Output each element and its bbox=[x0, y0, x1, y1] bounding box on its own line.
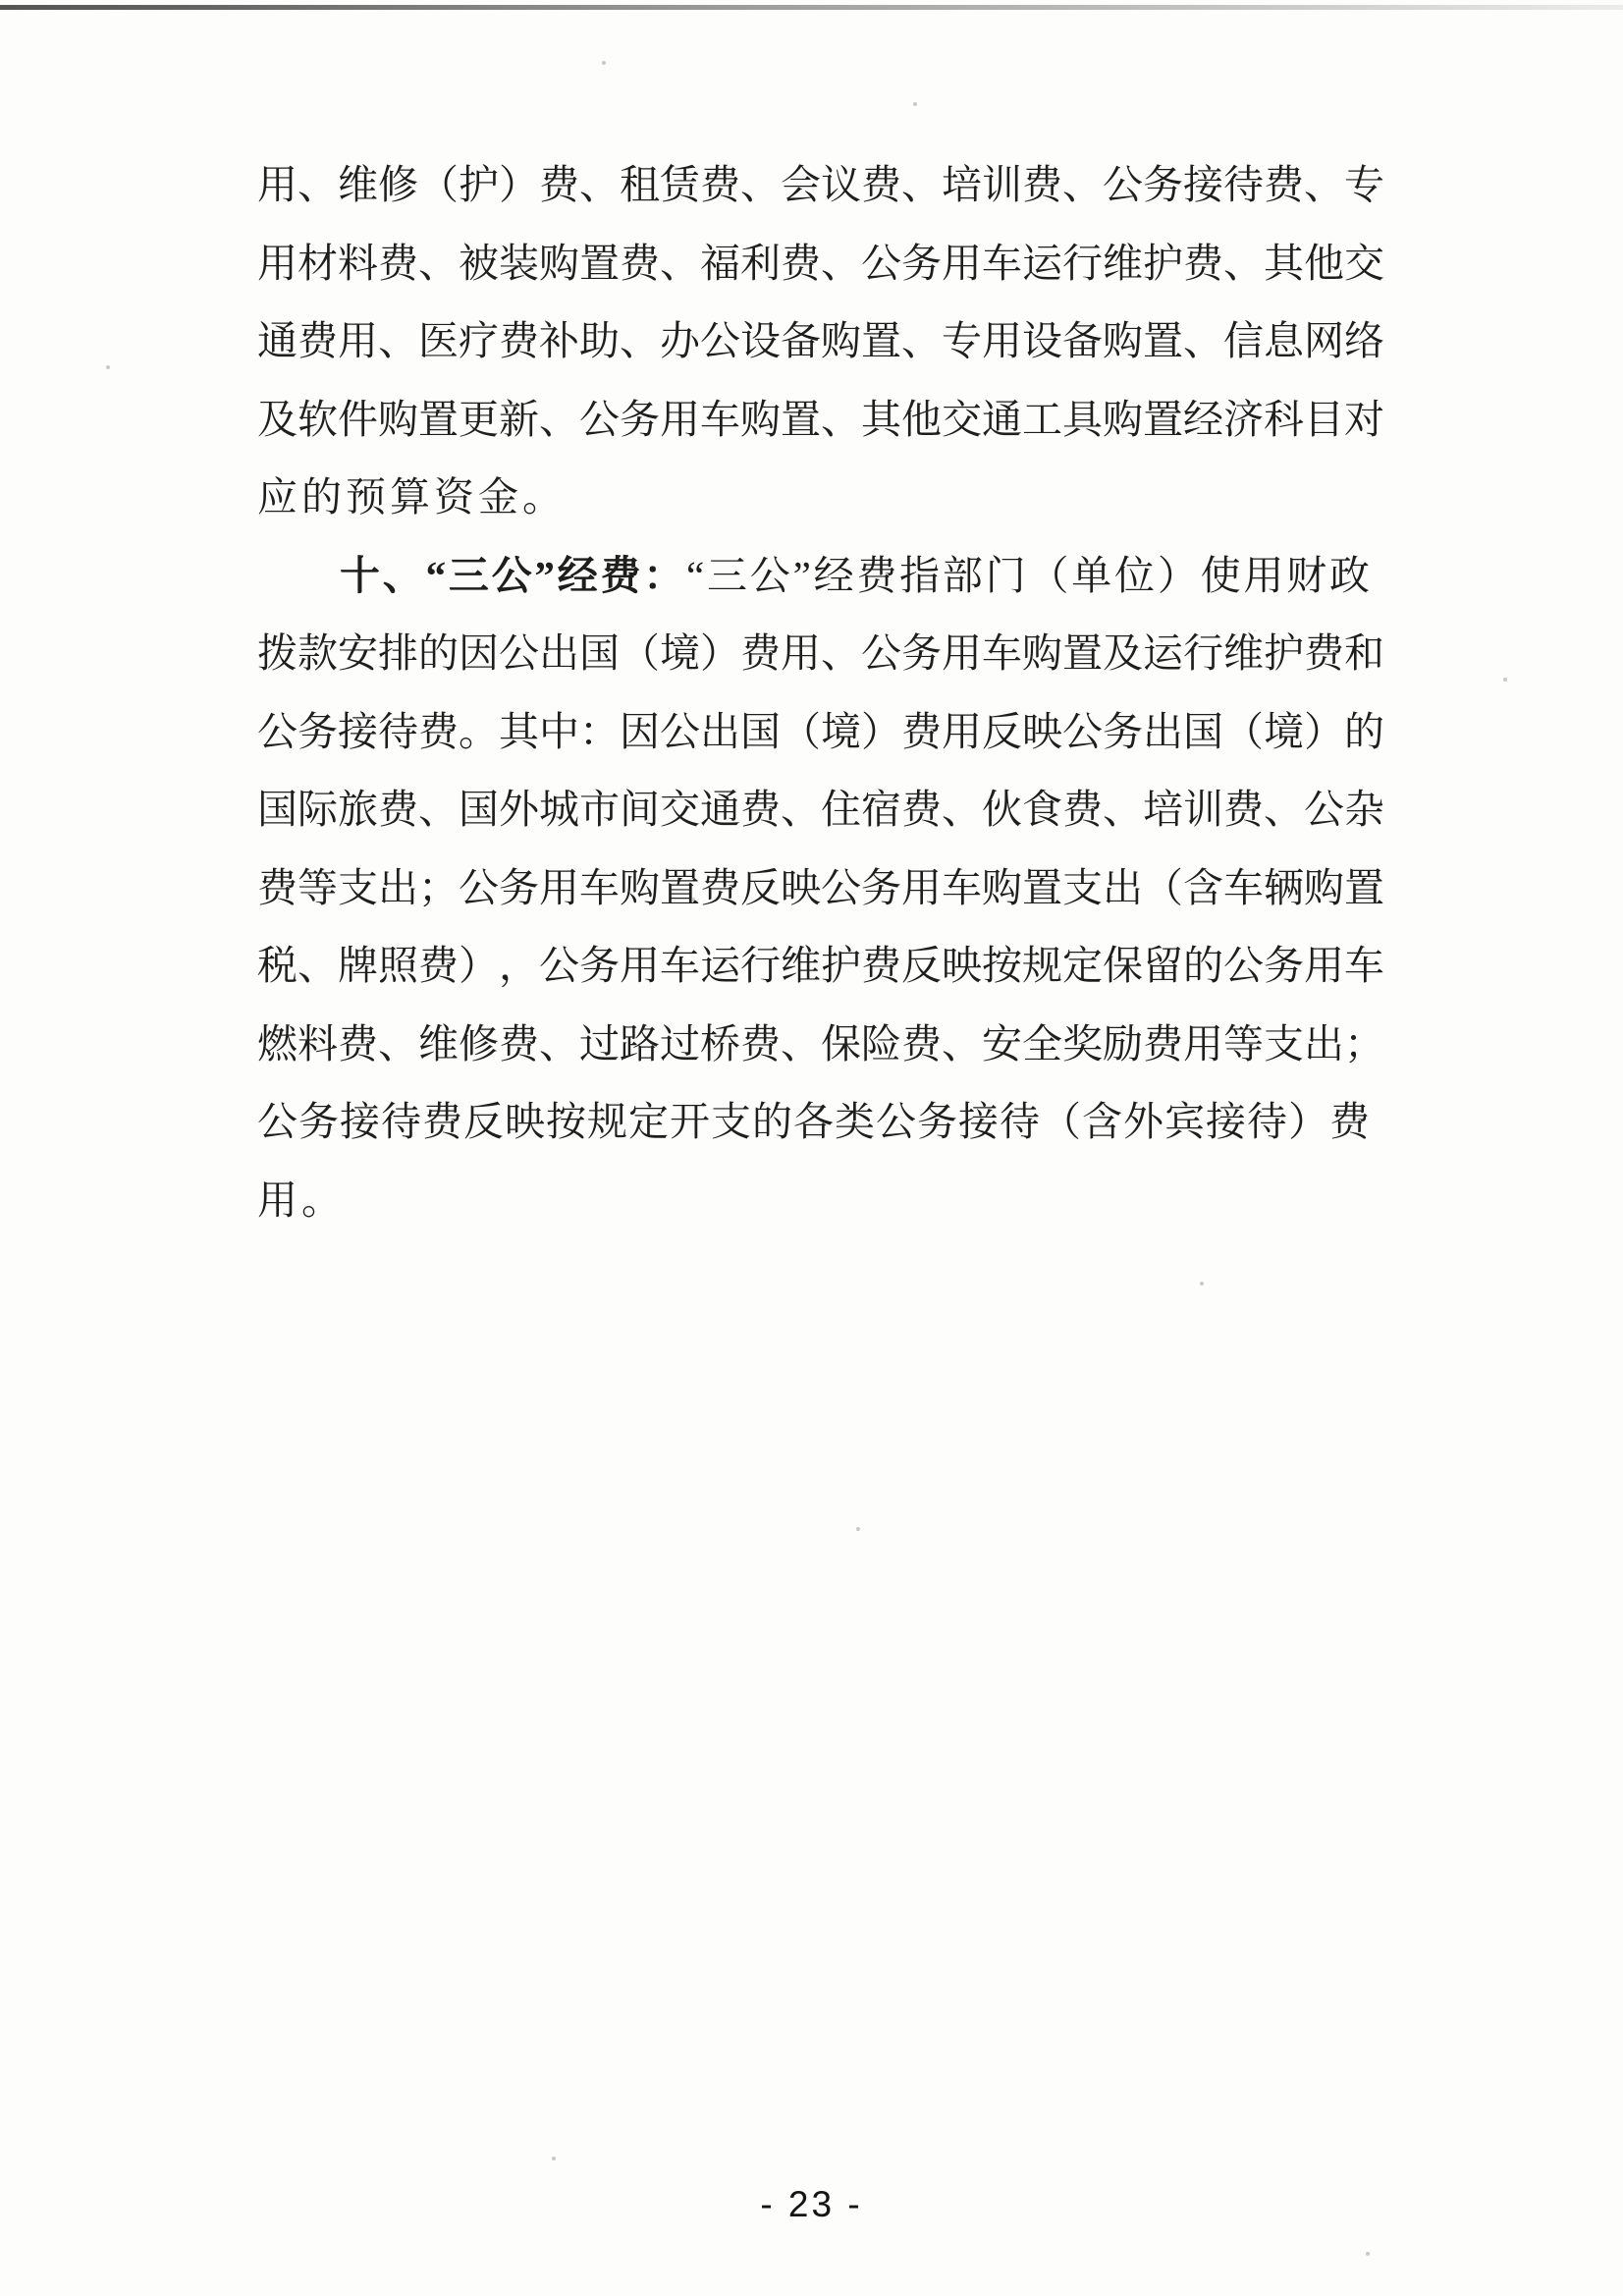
text-run: 、 bbox=[418, 771, 459, 849]
text-line: 通费用、医疗费补助、办公设备购置、专用设备购置、信息网络 bbox=[257, 302, 1370, 381]
text-run: 其 bbox=[1264, 225, 1304, 303]
text-run: 规 bbox=[587, 1083, 627, 1162]
text-run: 、 bbox=[942, 1006, 982, 1084]
text-run: 维 bbox=[338, 146, 378, 225]
text-run: 修 bbox=[459, 1006, 499, 1084]
text-run: 用 bbox=[1243, 537, 1283, 616]
text-run: 出 bbox=[378, 849, 418, 928]
text-run: 设 bbox=[740, 302, 781, 381]
text-run: 支 bbox=[338, 849, 378, 928]
text-run: 境 bbox=[1264, 693, 1304, 772]
text-run: 拨 bbox=[257, 615, 298, 693]
heading-run: “ bbox=[426, 537, 447, 616]
text-run: 购 bbox=[1304, 849, 1344, 928]
text-line: 及软件购置更新、公务用车购置、其他交通工具购置经济科目对 bbox=[257, 381, 1370, 460]
text-run: 公 bbox=[1062, 693, 1103, 772]
heading-run: 十 bbox=[340, 537, 380, 616]
text-run: 公 bbox=[1223, 927, 1264, 1006]
text-run: ） bbox=[1158, 537, 1198, 616]
text-run: 费 bbox=[539, 146, 579, 225]
text-run: 设 bbox=[1022, 302, 1062, 381]
text-run: 、 bbox=[740, 146, 781, 225]
text-run: 租 bbox=[620, 146, 660, 225]
text-run: 车 bbox=[942, 849, 982, 928]
text-run: 运 bbox=[1022, 225, 1062, 303]
text-run: 用 bbox=[942, 693, 982, 772]
text-run: 过 bbox=[579, 1006, 620, 1084]
text-run: 留 bbox=[1143, 927, 1183, 1006]
text-run: 用 bbox=[942, 225, 982, 303]
text-run: 置 bbox=[861, 302, 901, 381]
text-run: 购 bbox=[1103, 302, 1143, 381]
text-run: 医 bbox=[418, 302, 459, 381]
text-run: 福 bbox=[700, 225, 740, 303]
text-run: 用 bbox=[982, 302, 1022, 381]
text-run: 络 bbox=[1344, 302, 1384, 381]
text-run: 税 bbox=[257, 927, 298, 1006]
text-run: 、 bbox=[660, 225, 700, 303]
text-run: 位 bbox=[1114, 537, 1155, 616]
text-line: 税、牌照费），公务用车运行维护费反映按规定保留的公务用车 bbox=[257, 927, 1370, 1006]
text-run: 软 bbox=[298, 381, 338, 460]
text-run: 用 bbox=[942, 615, 982, 693]
text-run: 、 bbox=[1183, 302, 1223, 381]
text-run: 费 bbox=[740, 1006, 781, 1084]
text-run: 照 bbox=[378, 927, 418, 1006]
text-run: 映 bbox=[505, 1083, 545, 1162]
text-run: 公 bbox=[257, 1083, 298, 1162]
heading-run: ” bbox=[534, 537, 555, 616]
text-run: 车 bbox=[1223, 849, 1264, 928]
text-run: 务 bbox=[298, 1083, 339, 1162]
scan-speck bbox=[106, 365, 110, 369]
text-run: 、 bbox=[298, 927, 338, 1006]
text-run: 费 bbox=[861, 927, 901, 1006]
text-run: 具 bbox=[1062, 381, 1103, 460]
text-run: 被 bbox=[459, 225, 499, 303]
text-run: 置 bbox=[579, 225, 620, 303]
text-run: 赁 bbox=[660, 146, 700, 225]
text-run: 路 bbox=[620, 1006, 660, 1084]
text-run: 全 bbox=[1022, 1006, 1062, 1084]
text-run: 桥 bbox=[700, 1006, 740, 1084]
text-run: 公 bbox=[459, 849, 499, 928]
text-run: 材 bbox=[298, 225, 338, 303]
document-page: { "document": { "type": "scanned-text-pa… bbox=[0, 0, 1623, 2296]
text-run: 车 bbox=[1344, 927, 1384, 1006]
text-run: （ bbox=[1223, 693, 1264, 772]
text-run: 费 bbox=[740, 771, 781, 849]
text-run: 费 bbox=[620, 225, 660, 303]
text-run: 费 bbox=[856, 537, 896, 616]
text-run: 待 bbox=[1223, 146, 1264, 225]
text-run: 训 bbox=[982, 146, 1022, 225]
text-run: 行 bbox=[1183, 615, 1223, 693]
text-run: 各 bbox=[793, 1083, 834, 1162]
text-run: 购 bbox=[539, 225, 579, 303]
text-run: 费 bbox=[901, 1006, 942, 1084]
text-run: ） bbox=[1304, 693, 1344, 772]
text-run: （ bbox=[620, 615, 660, 693]
text-run: 、 bbox=[378, 302, 418, 381]
text-run: 、 bbox=[942, 771, 982, 849]
scan-edge-artifact bbox=[0, 5, 1623, 10]
text-run: ” bbox=[793, 537, 811, 616]
text-run: 支 bbox=[711, 1083, 751, 1162]
text-run: 训 bbox=[1183, 771, 1223, 849]
text-run: 费 bbox=[418, 693, 459, 772]
text-run: 开 bbox=[670, 1083, 710, 1162]
text-run: 其 bbox=[861, 381, 901, 460]
text-run: 定 bbox=[628, 1083, 669, 1162]
text-run: 、 bbox=[1304, 146, 1344, 225]
text-run: 息 bbox=[1264, 302, 1304, 381]
text-line: 公务接待费反映按规定开支的各类公务接待（含外宾接待）费 bbox=[257, 1083, 1370, 1162]
text-run: 规 bbox=[1022, 927, 1062, 1006]
text-run: 待 bbox=[378, 693, 418, 772]
text-run: 费 bbox=[1022, 146, 1062, 225]
text-run: 指 bbox=[899, 537, 940, 616]
text-run: 料 bbox=[338, 225, 378, 303]
heading-run: 公 bbox=[492, 537, 532, 616]
text-run: 接 bbox=[338, 693, 378, 772]
text-run: 他 bbox=[901, 381, 942, 460]
text-run: 按 bbox=[982, 927, 1022, 1006]
text-run: 公 bbox=[861, 615, 901, 693]
text-run: 宾 bbox=[1164, 1083, 1205, 1162]
scan-speck bbox=[1366, 2252, 1370, 2256]
text-run: 宿 bbox=[861, 771, 901, 849]
text-run: 出 bbox=[1143, 693, 1183, 772]
text-run: 专 bbox=[942, 302, 982, 381]
text-run: 待 bbox=[1000, 1083, 1040, 1162]
text-run: 公 bbox=[1103, 146, 1143, 225]
scan-speck bbox=[913, 102, 917, 106]
text-run: 行 bbox=[1062, 225, 1103, 303]
text-line: 国际旅费、国外城市间交通费、住宿费、伙食费、培训费、公杂 bbox=[257, 771, 1370, 849]
text-run: 含 bbox=[1082, 1083, 1122, 1162]
text-run: 经 bbox=[814, 537, 854, 616]
text-run: （ bbox=[418, 146, 459, 225]
text-run: 映 bbox=[781, 849, 821, 928]
text-run: 车 bbox=[579, 849, 620, 928]
text-run: 、 bbox=[1223, 225, 1264, 303]
text-run: 的 bbox=[418, 615, 459, 693]
text-run: 用 bbox=[338, 302, 378, 381]
text-run: 、 bbox=[901, 146, 942, 225]
text-line: 十、“三公”经费：“三公”经费指部门（单位）使用财政 bbox=[257, 537, 1370, 616]
text-run: 议 bbox=[821, 146, 861, 225]
scan-speck bbox=[856, 1527, 860, 1531]
text-run: 接 bbox=[1206, 1083, 1246, 1162]
text-run: 国 bbox=[459, 771, 499, 849]
text-run: 含 bbox=[1183, 849, 1223, 928]
text-run: 运 bbox=[1143, 615, 1183, 693]
text-run: 费 bbox=[1264, 146, 1304, 225]
text-run: 境 bbox=[821, 693, 861, 772]
text-run: 费 bbox=[1304, 615, 1344, 693]
text-run: 、 bbox=[781, 771, 821, 849]
text-run: “ bbox=[686, 537, 704, 616]
text-run: （ bbox=[781, 693, 821, 772]
text-run: 排 bbox=[378, 615, 418, 693]
text-run: 新 bbox=[499, 381, 539, 460]
text-run: 护 bbox=[459, 146, 499, 225]
text-run: 务 bbox=[1264, 927, 1304, 1006]
text-run: 经 bbox=[1183, 381, 1223, 460]
text-run: 行 bbox=[740, 927, 781, 1006]
text-run: 备 bbox=[1062, 302, 1103, 381]
text-run: 车 bbox=[982, 225, 1022, 303]
text-run: ） bbox=[700, 615, 740, 693]
text-run: 济 bbox=[1223, 381, 1264, 460]
text-run: 费 bbox=[378, 771, 418, 849]
text-run: 办 bbox=[660, 302, 700, 381]
text-run: 待 bbox=[1247, 1083, 1287, 1162]
text-run: ） bbox=[499, 146, 539, 225]
text-run: 因 bbox=[620, 693, 660, 772]
text-run: 的 bbox=[752, 1083, 792, 1162]
text-line: 用。 bbox=[257, 1162, 1370, 1240]
text-run: 信 bbox=[1223, 302, 1264, 381]
text-run: 购 bbox=[740, 381, 781, 460]
text-run: （ bbox=[1143, 849, 1183, 928]
text-run: 公 bbox=[861, 225, 901, 303]
text-run: 培 bbox=[1143, 771, 1183, 849]
text-run: 燃 bbox=[257, 1006, 298, 1084]
text-run: 更 bbox=[459, 381, 499, 460]
text-run: 因 bbox=[459, 615, 499, 693]
text-run: 置 bbox=[781, 381, 821, 460]
text-run: 国 bbox=[579, 615, 620, 693]
text-run: 国 bbox=[1183, 693, 1223, 772]
text-run: （ bbox=[1041, 1083, 1081, 1162]
text-run: 公 bbox=[539, 927, 579, 1006]
text-run: 对 bbox=[1344, 381, 1384, 460]
text-run: 接 bbox=[958, 1083, 999, 1162]
text-line: 燃料费、维修费、过路过桥费、保险费、安全奖励费用等支出； bbox=[257, 1006, 1370, 1084]
text-run: 国 bbox=[257, 771, 298, 849]
text-run: 旅 bbox=[338, 771, 378, 849]
text-run: 购 bbox=[378, 381, 418, 460]
page-number: - 23 - bbox=[0, 2184, 1623, 2225]
text-run: 会 bbox=[781, 146, 821, 225]
text-run: 补 bbox=[539, 302, 579, 381]
text-run: 款 bbox=[298, 615, 338, 693]
text-run: 、 bbox=[539, 1006, 579, 1084]
text-run: 三 bbox=[707, 537, 747, 616]
text-run: 和 bbox=[1344, 615, 1384, 693]
text-line: 应的预算资金。 bbox=[257, 459, 1370, 537]
text-run: 反 bbox=[901, 927, 942, 1006]
text-run: 出 bbox=[700, 693, 740, 772]
text-run: 用 bbox=[1304, 927, 1344, 1006]
text-run: 费 bbox=[740, 615, 781, 693]
text-run: 公 bbox=[750, 537, 790, 616]
text-run: 费 bbox=[700, 146, 740, 225]
text-run: 险 bbox=[861, 1006, 901, 1084]
heading-run: 、 bbox=[383, 537, 423, 616]
text-run: 置 bbox=[1062, 615, 1103, 693]
text-run: 车 bbox=[982, 615, 1022, 693]
text-run: 际 bbox=[298, 771, 338, 849]
text-run: 费 bbox=[499, 302, 539, 381]
text-run: 定 bbox=[1062, 927, 1103, 1006]
text-run: 中 bbox=[539, 693, 579, 772]
text-run: 用 bbox=[781, 615, 821, 693]
text-run: ， bbox=[499, 927, 539, 1006]
text-run: 交 bbox=[660, 771, 700, 849]
text-run: 务 bbox=[901, 615, 942, 693]
text-run: 务 bbox=[298, 693, 338, 772]
text-run: 护 bbox=[821, 927, 861, 1006]
text-run: 公 bbox=[700, 302, 740, 381]
text-run: 及 bbox=[257, 381, 298, 460]
text-run: 他 bbox=[1304, 225, 1344, 303]
text-run: 费 bbox=[1143, 1006, 1183, 1084]
text-run: 购 bbox=[1022, 615, 1062, 693]
text-run: 费 bbox=[418, 927, 459, 1006]
text-run: 助 bbox=[579, 302, 620, 381]
text-run: 待 bbox=[381, 1083, 421, 1162]
text-run: 过 bbox=[660, 1006, 700, 1084]
text-run: 公 bbox=[821, 849, 861, 928]
text-run: 用 bbox=[257, 146, 298, 225]
text-run: 车 bbox=[700, 381, 740, 460]
text-run: 购 bbox=[821, 302, 861, 381]
text-run: 应的预算资金。 bbox=[257, 474, 567, 519]
text-run: 、 bbox=[378, 1006, 418, 1084]
text-run: 购 bbox=[620, 849, 660, 928]
text-run: 费 bbox=[1223, 771, 1264, 849]
text-run: 间 bbox=[620, 771, 660, 849]
text-run: 国 bbox=[740, 693, 781, 772]
text-run: 务 bbox=[1103, 693, 1143, 772]
text-run: 目 bbox=[1304, 381, 1344, 460]
text-run: 专 bbox=[1344, 146, 1384, 225]
text-run: 出 bbox=[1304, 1006, 1344, 1084]
text-run: 杂 bbox=[1344, 771, 1384, 849]
text-run: 安 bbox=[982, 1006, 1022, 1084]
text-run: 用 bbox=[901, 849, 942, 928]
scan-speck bbox=[552, 2157, 556, 2160]
text-run: 通 bbox=[700, 771, 740, 849]
text-run: 用。 bbox=[257, 1177, 346, 1223]
text-line: 用、维修（护）费、租赁费、会议费、培训费、公务接待费、专 bbox=[257, 146, 1370, 225]
text-run: 、 bbox=[781, 1006, 821, 1084]
text-run: 疗 bbox=[459, 302, 499, 381]
text-run: 用 bbox=[620, 927, 660, 1006]
text-run: 利 bbox=[740, 225, 781, 303]
text-run: 映 bbox=[942, 927, 982, 1006]
text-run: 保 bbox=[1103, 927, 1143, 1006]
text-run: 务 bbox=[917, 1083, 957, 1162]
text-run: 务 bbox=[579, 927, 620, 1006]
text-run: 修 bbox=[378, 146, 418, 225]
text-run: 费 bbox=[257, 849, 298, 928]
body-text: 用、维修（护）费、租赁费、会议费、培训费、公务接待费、专用材料费、被装购置费、福… bbox=[257, 146, 1370, 1239]
text-run: 、 bbox=[418, 225, 459, 303]
text-run: 费 bbox=[901, 771, 942, 849]
text-line: 公务接待费。其中：因公出国（境）费用反映公务出国（境）的 bbox=[257, 693, 1370, 772]
text-run: 公 bbox=[499, 615, 539, 693]
text-run: 。 bbox=[459, 693, 499, 772]
text-run: 工 bbox=[1022, 381, 1062, 460]
text-run: 务 bbox=[499, 849, 539, 928]
text-run: 维 bbox=[1223, 615, 1264, 693]
text-run: 公 bbox=[876, 1083, 916, 1162]
text-run: 费 bbox=[861, 146, 901, 225]
text-run: 运 bbox=[700, 927, 740, 1006]
text-run: 务 bbox=[861, 849, 901, 928]
text-run: ） bbox=[1288, 1083, 1328, 1162]
text-run: 购 bbox=[1103, 381, 1143, 460]
text-run: 、 bbox=[821, 615, 861, 693]
text-run: 住 bbox=[821, 771, 861, 849]
text-run: 务 bbox=[620, 381, 660, 460]
text-run: 使 bbox=[1201, 537, 1241, 616]
text-run: 购 bbox=[982, 849, 1022, 928]
text-run: 置 bbox=[1143, 381, 1183, 460]
page-background: 用、维修（护）费、租赁费、会议费、培训费、公务接待费、专用材料费、被装购置费、福… bbox=[0, 0, 1623, 2296]
text-run: 城 bbox=[539, 771, 579, 849]
text-run: 伙 bbox=[982, 771, 1022, 849]
heading-run: ： bbox=[643, 537, 683, 616]
heading-run: 经 bbox=[558, 537, 598, 616]
text-run: 通 bbox=[982, 381, 1022, 460]
text-run: 费 bbox=[499, 1006, 539, 1084]
text-run: 安 bbox=[338, 615, 378, 693]
text-run: 的 bbox=[1183, 927, 1223, 1006]
text-run: 市 bbox=[579, 771, 620, 849]
text-run: 费 bbox=[298, 302, 338, 381]
text-run: 料 bbox=[298, 1006, 338, 1084]
text-run: 食 bbox=[1022, 771, 1062, 849]
text-run: 奖 bbox=[1062, 1006, 1103, 1084]
text-run: 支 bbox=[1264, 1006, 1304, 1084]
text-run: 财 bbox=[1286, 537, 1326, 616]
text-run: 交 bbox=[1344, 225, 1384, 303]
text-run: 费 bbox=[1183, 225, 1223, 303]
text-run: 、 bbox=[579, 146, 620, 225]
text-run: 、 bbox=[539, 381, 579, 460]
text-run: 置 bbox=[660, 849, 700, 928]
text-run: 费 bbox=[378, 225, 418, 303]
text-run: 务 bbox=[901, 225, 942, 303]
text-run: 政 bbox=[1329, 537, 1370, 616]
text-run: 按 bbox=[546, 1083, 586, 1162]
text-run: ： bbox=[579, 693, 620, 772]
scan-speck bbox=[1503, 678, 1507, 682]
text-run: 件 bbox=[338, 381, 378, 460]
text-run: 、 bbox=[620, 302, 660, 381]
text-run: 保 bbox=[821, 1006, 861, 1084]
text-run: 门 bbox=[986, 537, 1026, 616]
text-run: 费 bbox=[781, 225, 821, 303]
text-run: 费 bbox=[338, 1006, 378, 1084]
text-run: 务 bbox=[1143, 146, 1183, 225]
text-run: 外 bbox=[499, 771, 539, 849]
text-run: 支 bbox=[1062, 849, 1103, 928]
text-run: 用 bbox=[257, 225, 298, 303]
text-run: 公 bbox=[1304, 771, 1344, 849]
text-run: 费 bbox=[1329, 1083, 1370, 1162]
text-line: 拨款安排的因公出国（境）费用、公务用车购置及运行维护费和 bbox=[257, 615, 1370, 693]
text-run: 置 bbox=[418, 381, 459, 460]
text-run: 置 bbox=[1022, 849, 1062, 928]
text-run: 出 bbox=[539, 615, 579, 693]
text-line: 用材料费、被装购置费、福利费、公务用车运行维护费、其他交 bbox=[257, 225, 1370, 303]
